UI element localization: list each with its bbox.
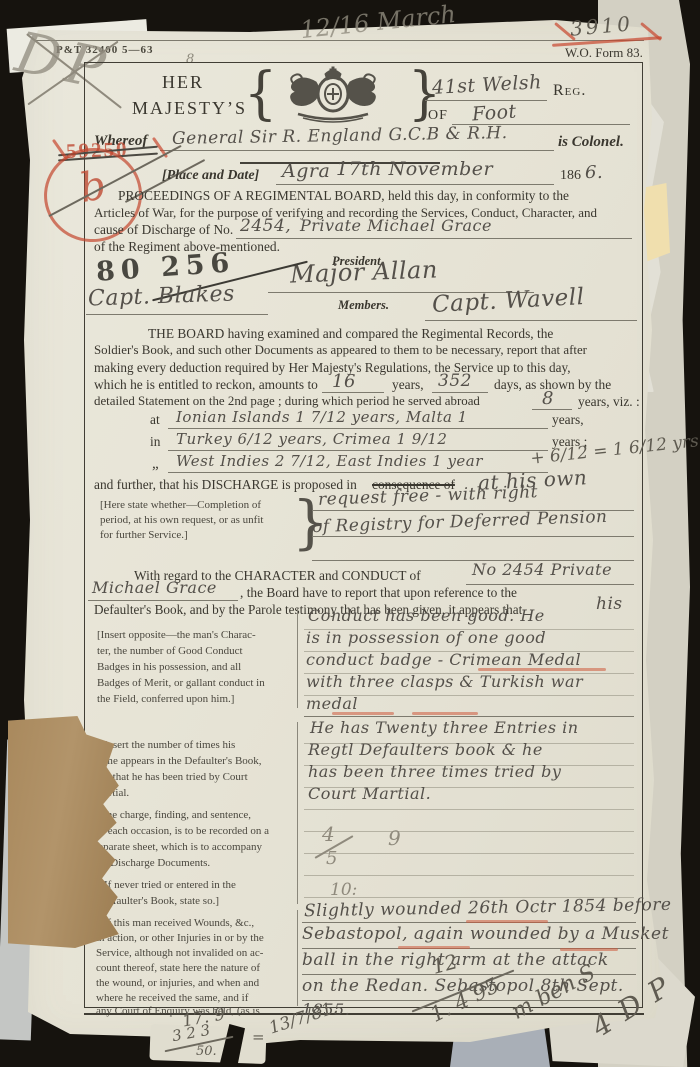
defaulter-hand-1: He has Twenty three Entries in xyxy=(310,718,579,737)
reg-label: Reg. xyxy=(553,82,586,100)
defaulter-note1-1: [Insert the number of times his xyxy=(100,738,235,753)
year-value: 6. xyxy=(585,162,603,183)
years-line xyxy=(322,392,384,393)
service-row1-suffix: years, xyxy=(552,412,584,428)
foot-value: Foot xyxy=(471,100,517,125)
red-underline-clasps xyxy=(332,712,394,715)
character-note-1: [Insert opposite—the man's Charac- xyxy=(97,628,256,643)
colonel-line xyxy=(160,150,554,151)
character-line2: , the Board have to report that upon ref… xyxy=(240,585,517,601)
character-line1-hand: No 2454 Private xyxy=(472,560,612,579)
abroad-line xyxy=(532,409,572,410)
wounds-hand-2: Sebastopol, again wounded by a Musket xyxy=(302,924,669,944)
defaulter-hand-3: has been three times tried by xyxy=(308,762,561,781)
defaulter-hand-4: Court Martial. xyxy=(308,784,431,803)
red-underline-attack xyxy=(560,948,618,951)
board-line5b: years, viz. : xyxy=(578,394,640,410)
character-hand-4: with three clasps & Turkish war xyxy=(306,672,583,691)
wounds-note-3: Service, although not invalided on ac- xyxy=(96,946,263,961)
character-divider xyxy=(297,608,298,708)
red-underline-right-arm xyxy=(398,946,470,949)
character-hand-1: Conduct has been good. He xyxy=(308,606,545,625)
proceedings-line3: cause of Discharge of No. xyxy=(94,222,233,238)
name-line xyxy=(236,238,632,239)
members-label: Members. xyxy=(338,298,389,313)
service-row2-line xyxy=(168,450,548,451)
defaulter-divider xyxy=(297,722,298,904)
board-line5a: detailed Statement on the 2nd page ; dur… xyxy=(94,394,480,409)
place-value: Agra xyxy=(282,160,330,182)
defaulter-note2-1: The charge, finding, and sentence, xyxy=(100,808,251,823)
red-underline-crimean-medal xyxy=(478,668,606,671)
year-print: 186 xyxy=(560,168,581,184)
character-line2-rule xyxy=(88,600,238,601)
here-state-note-1: [Here state whether—Completion of xyxy=(100,498,261,513)
regiment-line xyxy=(425,100,547,101)
her-label: HER xyxy=(162,72,204,93)
service-row3-value: West Indies 2 7/12, East Indies 1 year xyxy=(176,452,483,470)
board-line4b: years, xyxy=(392,377,424,393)
member-right-line xyxy=(425,320,637,321)
defaulter-note1-2: name appears in the Defaulter's Book, xyxy=(94,754,262,769)
character-hand-3: conduct badge - Crimean Medal xyxy=(306,650,581,669)
defaulter-note1-3: and that he has been tried by Court xyxy=(94,770,248,785)
of-label: OF xyxy=(428,108,448,124)
character-bottom-rule xyxy=(304,716,634,717)
service-row2-value: Turkey 6/12 years, Crimea 1 9/12 xyxy=(176,430,447,448)
service-row1-prefix: at xyxy=(150,412,160,428)
character-line2-hand: Michael Grace xyxy=(92,578,217,597)
defaulter-pencil-4: 4 xyxy=(322,822,335,846)
defaulter-pencil-9: 9 xyxy=(388,826,401,850)
wounds-divider xyxy=(297,910,298,1006)
years-value: 16 xyxy=(332,371,356,392)
defaulter-note2-2: on each occasion, is to be recorded on a xyxy=(94,824,269,839)
discharge-no-value: 2454, xyxy=(240,216,291,236)
wounds-note-1: [If this man received Wounds, &c., xyxy=(100,916,254,931)
member-left-line xyxy=(86,314,268,315)
wounds-note-2: in action, or other Injuries in or by th… xyxy=(96,931,264,946)
here-state-note-2: period, at his own request, or as unfit xyxy=(100,513,263,528)
proceedings-line1: PROCEEDINGS OF A REGIMENTAL BOARD, held … xyxy=(118,188,569,204)
here-state-note-3: for further Service.] xyxy=(100,528,188,543)
defaulter-pencil-10: 10: xyxy=(330,880,357,900)
defaulter-hand-2: Regtl Defaulters book & he xyxy=(308,740,543,759)
character-note-2: ter, the number of Good Conduct xyxy=(97,644,243,659)
service-row1-line xyxy=(168,428,548,429)
service-row3-prefix: „ xyxy=(152,456,159,473)
pencil-equals: = xyxy=(252,1028,265,1046)
character-note-5: the Field, conferred upon him.] xyxy=(97,692,234,707)
board-line4a: which he is entitled to reckon, amounts … xyxy=(94,377,318,393)
board-line2: Soldier's Book, and such other Documents… xyxy=(94,343,587,358)
defaulter-note3-1: If never tried or entered in the xyxy=(104,878,236,893)
character-note-3: Badges in his possession, and all xyxy=(97,660,241,675)
brown-tape-patch xyxy=(8,716,120,948)
wounds-note-5: the wound, or injuries, and when and xyxy=(96,976,259,991)
days-line xyxy=(432,392,488,393)
form-number: W.O. Form 83. xyxy=(565,45,643,61)
board-line1: THE BOARD having examined and compared t… xyxy=(148,326,553,342)
defaulter-note3-2: Defaulter's Book, state so.] xyxy=(100,894,219,909)
defaulter-note2-3: separate sheet, which is to accompany xyxy=(94,840,262,855)
wounds-note-7b: any Court of Enquiry was held, (as is xyxy=(96,1004,260,1019)
pencil-fraction-bot: 50. xyxy=(196,1044,217,1059)
red-underline-wounded xyxy=(466,920,548,923)
defaulter-pencil-5: 5 xyxy=(326,848,337,869)
character-note-4: Badges of Merit, or gallant conduct in xyxy=(97,676,265,691)
character-hand-2: is in possession of one good xyxy=(306,628,546,647)
service-row2-prefix: in xyxy=(150,434,160,450)
wounds-note-4: count thereof, state here the nature of xyxy=(96,961,260,976)
president-signature: Major Allan xyxy=(290,255,439,288)
date-value: 17th November xyxy=(336,158,493,180)
member-left-signature: Capt. Blakes xyxy=(88,281,236,311)
place-date-line xyxy=(276,184,554,185)
red-underline-turkish xyxy=(412,712,478,715)
here-state-line-2 xyxy=(312,536,634,537)
scanned-military-discharge-document: { "meta": { "printer_code": "P&T 32400 5… xyxy=(0,0,700,1067)
majestys-label: MAJESTY’S xyxy=(132,98,247,119)
discharge-name-value: Private Michael Grace xyxy=(300,216,492,235)
days-value: 352 xyxy=(438,371,472,391)
service-row1-value: Ionian Islands 1 7/12 years, Malta 1 xyxy=(176,408,468,426)
royal-coat-of-arms-icon xyxy=(258,62,408,124)
place-date-label: [Place and Date] xyxy=(162,168,259,184)
is-colonel-label: is Colonel. xyxy=(558,134,624,151)
abroad-value: 8 xyxy=(542,388,554,409)
character-hand-5: medal xyxy=(306,694,358,713)
